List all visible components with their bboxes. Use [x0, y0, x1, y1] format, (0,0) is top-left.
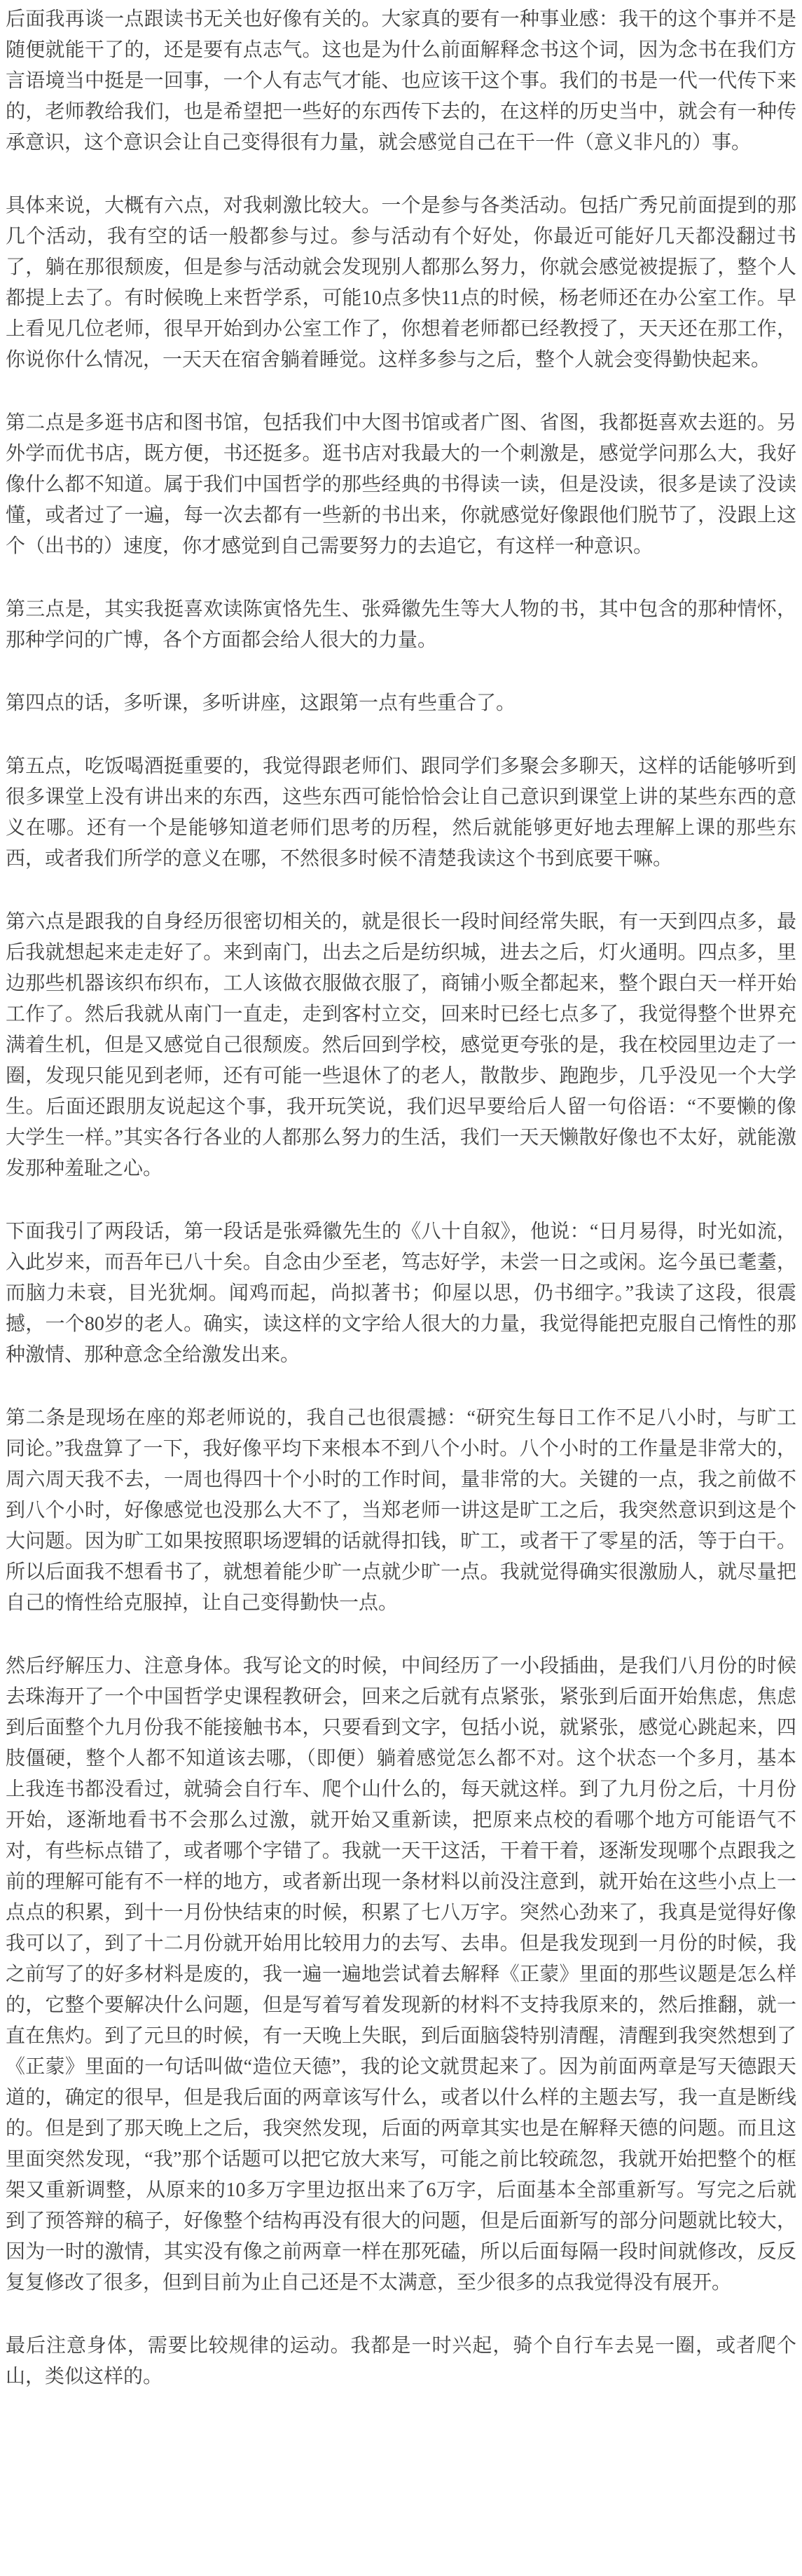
- article-body: 后面我再谈一点跟读书无关也好像有关的。大家真的要有一种事业感：我干的这个事并不是…: [0, 0, 802, 2399]
- paragraph-1: 后面我再谈一点跟读书无关也好像有关的。大家真的要有一种事业感：我干的这个事并不是…: [6, 4, 796, 158]
- paragraph-10: 然后纾解压力、注意身体。我写论文的时候，中间经历了一小段插曲，是我们八月份的时候…: [6, 1651, 796, 2298]
- paragraph-9: 第二条是现场在座的郑老师说的，我自己也很震撼：“研究生每日工作不足八小时，与旷工…: [6, 1403, 796, 1619]
- paragraph-7: 第六点是跟我的自身经历很密切相关的，就是很长一段时间经常失眠，有一天到四点多，最…: [6, 907, 796, 1184]
- paragraph-5: 第四点的话，多听课，多听讲座，这跟第一点有些重合了。: [6, 688, 796, 719]
- paragraph-11: 最后注意身体，需要比较规律的运动。我都是一时兴起，骑个自行车去晃一圈，或者爬个山…: [6, 2331, 796, 2392]
- paragraph-3: 第二点是多逛书店和图书馆，包括我们中大图书馆或者广图、省图，我都挺喜欢去逛的。另…: [6, 408, 796, 562]
- paragraph-8: 下面我引了两段话，第一段话是张舜徽先生的《八十自叙》，他说：“日月易得，时光如流…: [6, 1217, 796, 1371]
- paragraph-2: 具体来说，大概有六点，对我刺激比较大。一个是参与各类活动。包括广秀兄前面提到的那…: [6, 191, 796, 376]
- paragraph-6: 第五点，吃饭喝酒挺重要的，我觉得跟老师们、跟同学们多聚会多聊天，这样的话能够听到…: [6, 751, 796, 875]
- paragraph-4: 第三点是，其实我挺喜欢读陈寅恪先生、张舜徽先生等大人物的书，其中包含的那种情怀，…: [6, 594, 796, 656]
